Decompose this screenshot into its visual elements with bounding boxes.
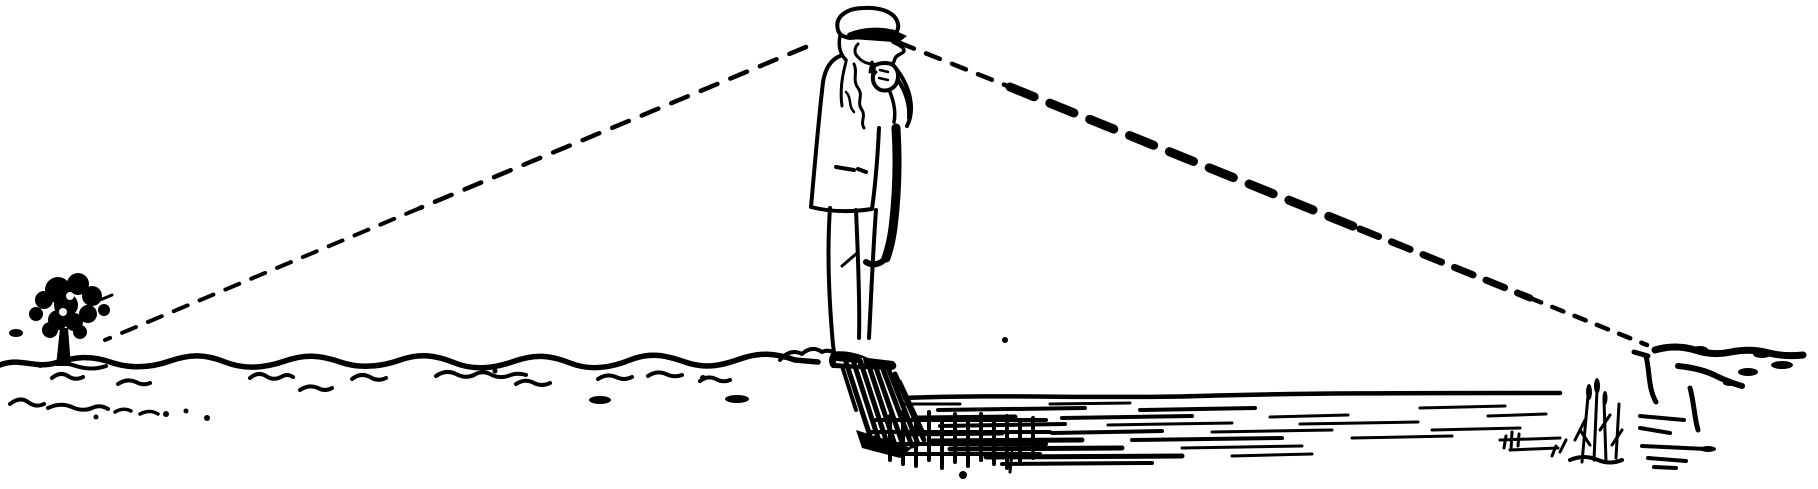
hand-on-chin xyxy=(873,63,898,91)
reeds-stroke xyxy=(1586,384,1592,400)
bush-stroke xyxy=(35,291,53,309)
stream-water-stroke xyxy=(1270,414,1546,417)
grass-tufts-stroke xyxy=(493,369,498,374)
illegible-signature-scribble-stroke xyxy=(48,405,108,410)
bank-crosshatch-grid-stroke xyxy=(959,471,967,479)
jacket-stroke xyxy=(866,258,886,264)
jacket-stroke xyxy=(886,128,897,258)
bush-stroke xyxy=(42,322,58,338)
sight-line-right-stroke xyxy=(1530,298,1647,345)
stream-water-stroke xyxy=(1500,438,1560,450)
stream-water-stroke xyxy=(930,440,1082,441)
stream-water-stroke xyxy=(1132,438,1282,440)
stream-water-stroke xyxy=(1212,428,1520,432)
illegible-signature-scribble-stroke xyxy=(184,409,189,414)
raised-arm-stroke xyxy=(890,92,895,122)
grass-tufts-stroke xyxy=(589,396,611,404)
sight-line-left-stroke xyxy=(420,47,806,208)
illegible-signature-scribble-stroke xyxy=(94,415,99,420)
ground-line-left xyxy=(0,349,838,368)
far-bank-stroke xyxy=(1655,347,1803,356)
far-bank xyxy=(1634,346,1803,468)
far-bank-stroke xyxy=(1723,380,1737,386)
stream-water-stroke xyxy=(1052,431,1162,433)
far-bank-stroke xyxy=(1771,361,1793,369)
grass-tufts-stroke xyxy=(436,372,526,377)
sight-line-right xyxy=(900,43,1647,345)
illustration-canvas: Black ink line illustration: a man in a … xyxy=(0,0,1818,489)
sight-line-right-stroke xyxy=(1010,87,1360,229)
trousers xyxy=(829,208,876,352)
trousers-stroke xyxy=(869,210,876,338)
reeds xyxy=(1552,378,1622,463)
stream-water-stroke xyxy=(905,403,1130,404)
sight-line-left-stroke xyxy=(105,208,420,340)
bush-stroke xyxy=(56,328,71,366)
far-bank-stroke xyxy=(1690,388,1698,430)
stream-water-stroke xyxy=(1420,406,1505,408)
grass-tufts-stroke xyxy=(352,375,386,380)
far-bank-stroke xyxy=(1642,446,1706,449)
stream-water-stroke xyxy=(1182,446,1302,448)
far-bank-stroke xyxy=(1753,350,1771,358)
jacket-stroke xyxy=(841,62,846,106)
grass-tufts-stroke xyxy=(725,395,749,403)
stream-water-stroke xyxy=(906,433,1002,434)
far-bank-stroke xyxy=(1646,356,1656,402)
illegible-signature-scribble xyxy=(10,399,210,421)
grass-tufts-stroke xyxy=(700,375,706,381)
bush-stroke xyxy=(73,325,87,339)
bush-stroke xyxy=(9,329,23,337)
stream-water-stroke xyxy=(940,424,1065,426)
far-bank-stroke xyxy=(1738,368,1758,376)
far-bank-stroke xyxy=(1648,458,1686,468)
illegible-signature-scribble-stroke xyxy=(115,409,131,412)
grass-tufts-stroke xyxy=(118,380,150,384)
illegible-signature-scribble-stroke xyxy=(10,399,44,405)
reeds-stroke xyxy=(1603,391,1608,405)
jacket-stroke xyxy=(811,56,879,211)
jacket-stroke xyxy=(854,64,864,128)
stream-water-stroke xyxy=(1062,416,1192,418)
grass-tufts-stroke xyxy=(516,381,550,385)
far-bank-stroke xyxy=(1640,416,1684,433)
bush-stroke xyxy=(82,286,102,306)
reeds-stroke xyxy=(1570,457,1622,463)
trousers-stroke xyxy=(829,208,834,352)
bush xyxy=(9,273,112,369)
grass-tufts-stroke xyxy=(250,374,293,379)
stream-water-stroke xyxy=(918,417,1015,418)
illegible-signature-scribble-stroke xyxy=(204,415,210,421)
stream-water-stroke xyxy=(950,448,1122,449)
head-profile-stroke xyxy=(893,42,904,63)
observer-figure xyxy=(811,8,911,370)
stream-water-stroke xyxy=(1108,422,1418,425)
bush-stroke xyxy=(29,307,43,321)
sight-line-left xyxy=(105,47,806,340)
flat-cap xyxy=(837,8,907,43)
stream-water-stroke xyxy=(1002,463,1152,464)
far-bank-stroke xyxy=(1700,446,1716,452)
bush-stroke xyxy=(66,292,74,300)
stream-water-stroke xyxy=(1232,454,1312,456)
bush-stroke xyxy=(98,304,110,316)
bush-stroke xyxy=(59,308,67,316)
ground-line-left-stroke xyxy=(0,354,818,368)
jacket-stroke xyxy=(846,92,854,112)
reeds-stroke xyxy=(1575,415,1622,445)
grass-tufts-stroke xyxy=(598,375,632,379)
grass-tufts-stroke xyxy=(300,386,332,390)
stream-water-stroke xyxy=(1504,432,1519,450)
trousers-stroke xyxy=(842,254,856,266)
grass-tufts-stroke xyxy=(648,372,682,376)
far-bank-stroke xyxy=(1692,346,1708,354)
stream-water-stroke xyxy=(1352,436,1452,438)
illegible-signature-scribble-stroke xyxy=(140,412,158,415)
grass-tufts-stroke xyxy=(1002,337,1008,343)
sight-line-right-stroke xyxy=(1360,229,1530,298)
stream-water-stroke xyxy=(986,456,1182,457)
grass-tufts-stroke xyxy=(52,374,83,379)
trousers-stroke xyxy=(856,210,859,338)
stream-water-stroke xyxy=(905,393,1560,398)
jacket-stroke xyxy=(836,167,866,172)
illegible-signature-scribble-stroke xyxy=(163,411,169,417)
reeds-stroke xyxy=(1594,378,1600,394)
sight-line-right-stroke xyxy=(900,43,1010,87)
reeds-stroke xyxy=(1582,390,1619,462)
stream-water-stroke xyxy=(938,408,1255,410)
illustration-page: Black ink line illustration: a man in a … xyxy=(0,0,1818,489)
head-profile-stroke xyxy=(855,44,858,57)
